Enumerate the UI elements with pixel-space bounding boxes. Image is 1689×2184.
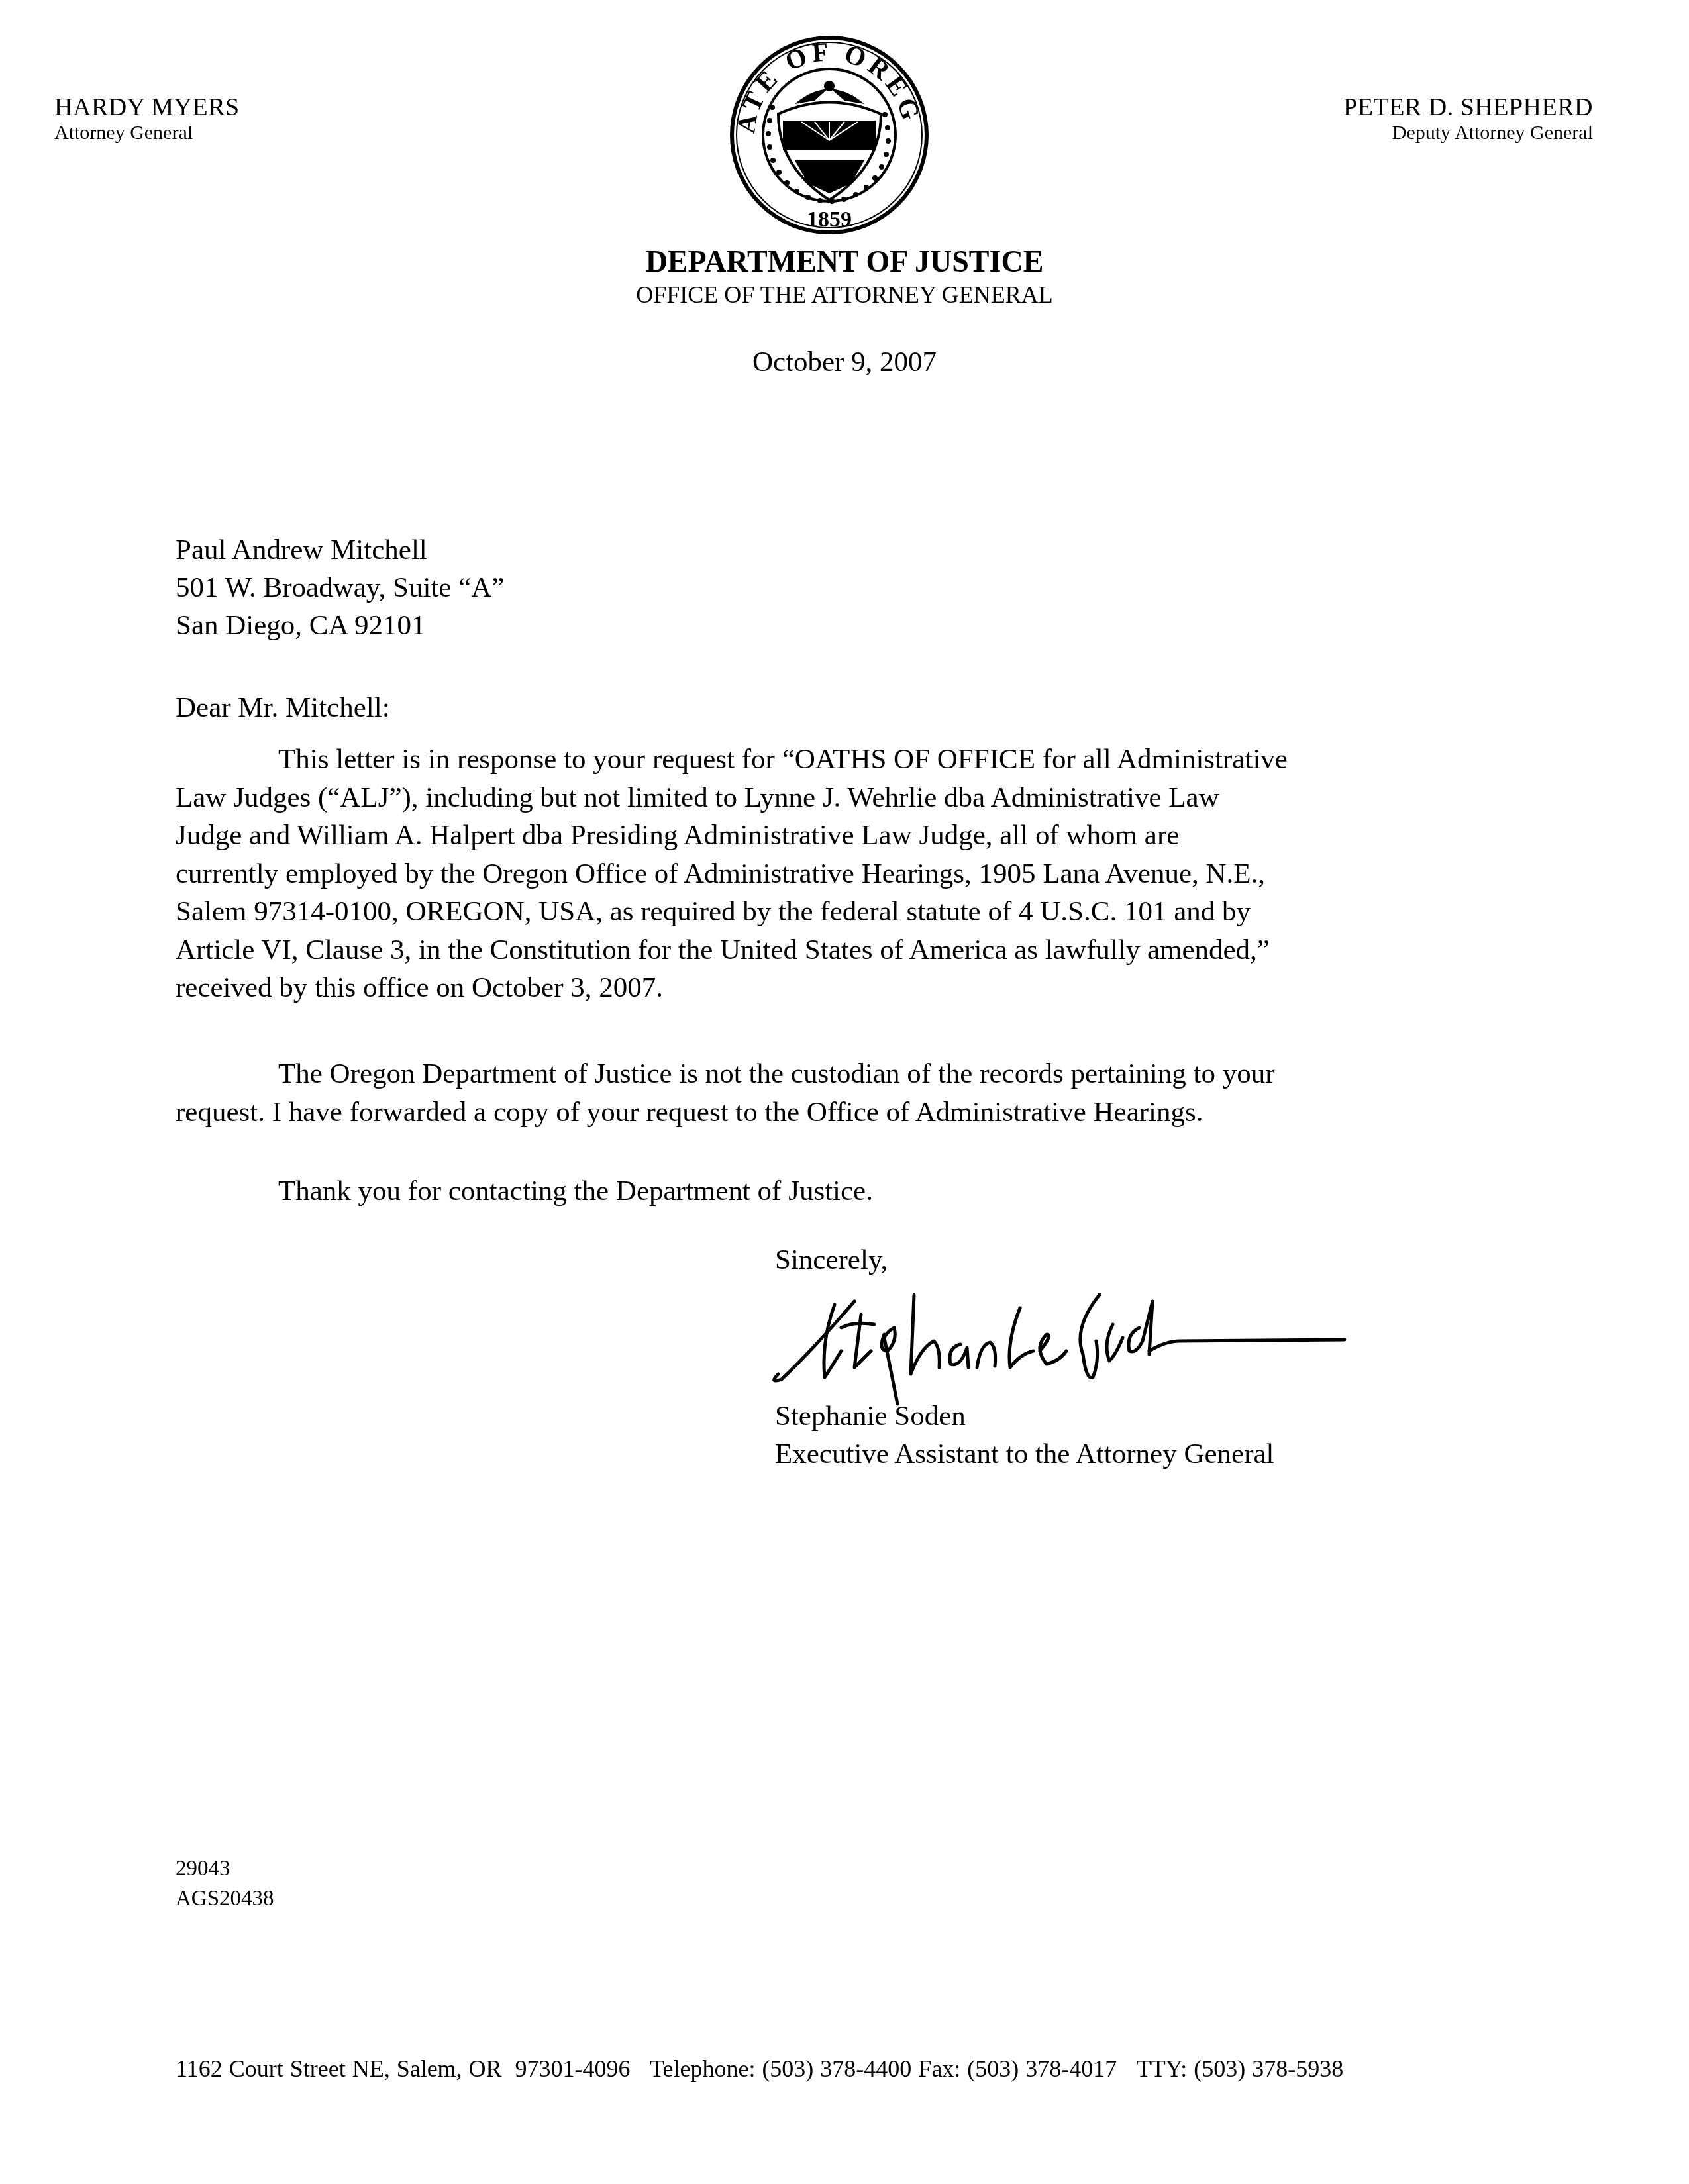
- deputy-attorney-general-name: PETER D. SHEPHERD: [1343, 93, 1593, 122]
- recipient-address-block: Paul Andrew Mitchell 501 W. Broadway, Su…: [176, 531, 504, 644]
- deputy-attorney-general-title: Deputy Attorney General: [1343, 122, 1593, 144]
- attorney-general-block: HARDY MYERS Attorney General: [54, 93, 240, 144]
- reference-block: 29043 AGS20438: [176, 1854, 274, 1914]
- state-of-oregon-seal-icon: STATE OF OREGON 1859: [729, 34, 931, 236]
- office-subtitle: OFFICE OF THE ATTORNEY GENERAL: [0, 281, 1689, 309]
- paragraph-line: This letter is in response to your reque…: [176, 740, 1527, 779]
- attorney-general-title: Attorney General: [54, 122, 240, 144]
- letter-date: October 9, 2007: [0, 346, 1689, 378]
- paragraph-line: Judge and William A. Halpert dba Presidi…: [176, 817, 1527, 855]
- footer-contact: 1162 Court Street NE, Salem, OR 97301-40…: [176, 2055, 1343, 2083]
- deputy-attorney-general-block: PETER D. SHEPHERD Deputy Attorney Genera…: [1343, 93, 1593, 144]
- body-paragraph-1: This letter is in response to your reque…: [176, 740, 1527, 1007]
- closing: Sincerely,: [775, 1244, 888, 1276]
- reference-code: AGS20438: [176, 1884, 274, 1914]
- footer-fax: Fax: (503) 378-4017: [918, 2056, 1117, 2082]
- paragraph-line: Law Judges (“ALJ”), including but not li…: [176, 779, 1527, 817]
- signer-block: Stephanie Soden Executive Assistant to t…: [775, 1397, 1274, 1473]
- svg-text:1859: 1859: [807, 207, 852, 232]
- paragraph-line: currently employed by the Oregon Office …: [176, 855, 1527, 893]
- signer-name: Stephanie Soden: [775, 1397, 1274, 1435]
- department-title: DEPARTMENT OF JUSTICE: [0, 244, 1689, 279]
- body-paragraph-2: The Oregon Department of Justice is not …: [176, 1055, 1527, 1131]
- paragraph-line: Article VI, Clause 3, in the Constitutio…: [176, 931, 1527, 969]
- footer-address: 1162 Court Street NE, Salem, OR 97301-40…: [176, 2056, 631, 2082]
- recipient-address-line2: San Diego, CA 92101: [176, 607, 504, 644]
- recipient-address-line1: 501 W. Broadway, Suite “A”: [176, 569, 504, 607]
- signer-title: Executive Assistant to the Attorney Gene…: [775, 1435, 1274, 1473]
- paragraph-line: Thank you for contacting the Department …: [176, 1172, 1527, 1211]
- attorney-general-name: HARDY MYERS: [54, 93, 240, 122]
- body-paragraph-3: Thank you for contacting the Department …: [176, 1172, 1527, 1211]
- reference-number: 29043: [176, 1854, 274, 1884]
- salutation: Dear Mr. Mitchell:: [176, 689, 390, 726]
- footer-tty: TTY: (503) 378-5938: [1137, 2056, 1344, 2082]
- paragraph-line: Salem 97314-0100, OREGON, USA, as requir…: [176, 893, 1527, 931]
- paragraph-line: The Oregon Department of Justice is not …: [176, 1055, 1527, 1093]
- paragraph-line: request. I have forwarded a copy of your…: [176, 1093, 1527, 1132]
- recipient-name: Paul Andrew Mitchell: [176, 531, 504, 569]
- footer-telephone: Telephone: (503) 378-4400: [650, 2056, 911, 2082]
- paragraph-line: received by this office on October 3, 20…: [176, 969, 1527, 1007]
